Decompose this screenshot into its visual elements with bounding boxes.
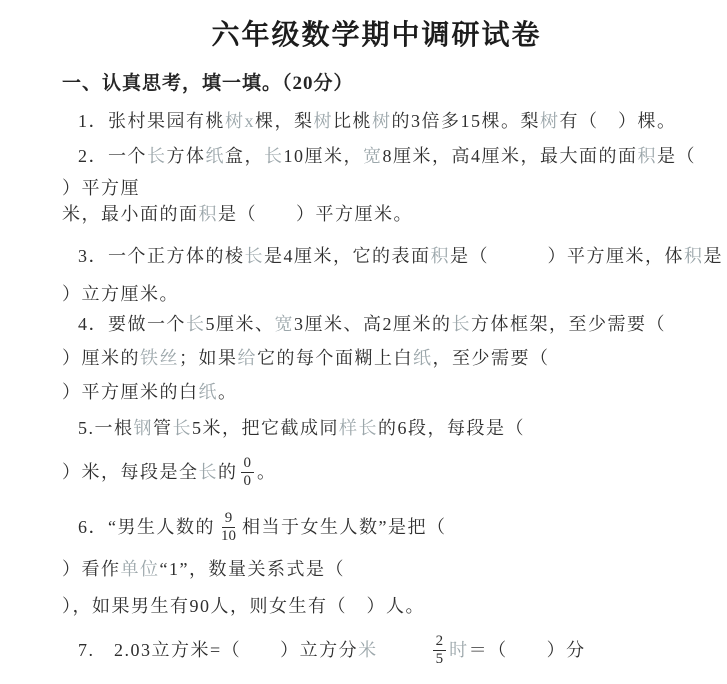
question-line: ）平方厘米的白纸。	[62, 381, 691, 403]
text-segment: 盒，	[225, 146, 264, 166]
text-segment: 树	[225, 111, 245, 131]
text-segment: 宽	[363, 146, 383, 166]
text-segment: 纸	[199, 382, 219, 402]
text-segment: 宽	[275, 314, 295, 334]
text-segment: 单位	[121, 559, 160, 579]
text-segment: 积	[684, 246, 704, 266]
fraction-denominator: 10	[218, 528, 239, 545]
fraction-numerator: 0	[241, 455, 255, 473]
text-segment: ）米，每段是全	[62, 461, 199, 483]
test-paper-page: 六年级数学期中调研试卷 一、认真思考，填一填。（20分） 1．张村果园有桃树x棵…	[0, 0, 727, 684]
text-segment: 米，最小面的面	[62, 204, 199, 224]
text-segment: ）看作	[62, 559, 121, 579]
question-line: 6．“男生人数的910相当于女生人数”是把（	[62, 503, 691, 551]
text-segment: 。	[257, 461, 277, 483]
question-line: 3．一个正方体的棱长是4厘米，它的表面积是（ ）平方厘米，体积是（	[62, 245, 691, 267]
text-segment: 5.一根	[78, 418, 134, 438]
text-segment: 方体	[167, 146, 206, 166]
text-segment: ）平方厘米的白	[62, 382, 199, 402]
text-segment: 米	[358, 639, 378, 661]
text-segment: 长	[359, 418, 379, 438]
question-lines: 1．张村果园有桃树x棵，梨树比桃树的3倍多15棵。梨树有（ ）棵。2．一个长方体…	[62, 110, 691, 674]
text-segment: 8厘米，高4厘米，最大面的面	[383, 146, 638, 166]
text-segment: 是（ ）平方厘米，体	[450, 246, 684, 266]
question-line: 2．一个长方体纸盒，长10厘米，宽8厘米，高4厘米，最大面的面积是（	[62, 145, 691, 167]
text-segment: 比桃	[333, 111, 372, 131]
question-line: ），如果男生有90人，则女生有（ ）人。	[62, 595, 691, 617]
fraction: 25	[433, 633, 447, 668]
text-segment: 它的每个面糊上白	[257, 348, 413, 368]
text-segment: 10厘米，	[284, 146, 364, 166]
question-line: 5.一根钢管长5米，把它截成同样长的6段，每段是（	[62, 417, 691, 439]
fraction: 910	[218, 510, 239, 545]
question-line: 7. 2.03立方米=（ ）立方分米25时＝（ ）分	[62, 626, 691, 674]
text-segment: 的6段，每段是（	[378, 418, 525, 438]
text-segment: 积	[431, 246, 451, 266]
text-segment: 1．张村果园有桃	[78, 111, 225, 131]
text-segment: 铁丝	[140, 348, 179, 368]
question-line: ）看作单位“1”，数量关系式是（	[62, 558, 691, 580]
question-line: ）立方厘米。	[62, 283, 691, 305]
text-segment: 纸	[413, 348, 433, 368]
text-segment: 样	[339, 418, 359, 438]
question-line: 米，最小面的面积是（ ）平方厘米。	[62, 203, 691, 225]
text-segment: 3．一个正方体的棱	[78, 246, 245, 266]
text-segment: 有（ ）棵。	[560, 111, 677, 131]
text-segment: 是4厘米，它的表面	[264, 246, 431, 266]
text-segment: 长	[245, 246, 265, 266]
text-segment: ）平方厘	[62, 178, 140, 198]
text-segment: ＝（ ）分	[469, 639, 586, 661]
text-segment: ）厘米的	[62, 348, 140, 368]
text-segment: 3厘米、高2厘米的	[294, 314, 452, 334]
text-segment: 积	[638, 146, 658, 166]
question-line: 4．要做一个长5厘米、宽3厘米、高2厘米的长方体框架，至少需要（	[62, 313, 691, 335]
text-segment: 4．要做一个	[78, 314, 186, 334]
text-segment: 方体框架，至少需要（	[471, 314, 666, 334]
text-segment: x	[245, 111, 256, 131]
text-segment: 长	[173, 418, 193, 438]
text-segment: ，至少需要（	[433, 348, 550, 368]
text-segment: 是（ ）平方厘米。	[218, 204, 413, 224]
text-segment: 2．一个	[78, 146, 147, 166]
text-segment: 长	[199, 461, 219, 483]
text-segment: 给	[238, 348, 258, 368]
spacer	[378, 650, 430, 651]
text-segment: 相当于女生人数”是把（	[242, 516, 447, 538]
text-segment: 的3倍多15棵。梨	[392, 111, 541, 131]
text-segment: 是（	[657, 146, 696, 166]
text-segment: 长	[452, 314, 472, 334]
text-segment: 树	[314, 111, 334, 131]
fraction-numerator: 9	[222, 510, 236, 528]
text-segment: 管	[153, 418, 173, 438]
page-title: 六年级数学期中调研试卷	[62, 20, 691, 52]
text-segment: 7. 2.03立方米=（ ）立方分	[78, 639, 358, 661]
section-heading: 一、认真思考，填一填。（20分）	[62, 73, 691, 95]
text-segment: 钢	[134, 418, 154, 438]
question-line: ）米，每段是全长的00。	[62, 448, 691, 496]
fraction-numerator: 2	[433, 633, 447, 651]
text-segment: 长	[147, 146, 167, 166]
question-line: 1．张村果园有桃树x棵，梨树比桃树的3倍多15棵。梨树有（ ）棵。	[62, 110, 691, 132]
question-line: ）厘米的铁丝；如果给它的每个面糊上白纸，至少需要（	[62, 347, 691, 369]
text-segment: 长	[186, 314, 206, 334]
text-segment: 树	[372, 111, 392, 131]
fraction-denominator: 0	[241, 473, 255, 490]
text-segment: 积	[199, 204, 219, 224]
fraction-denominator: 5	[433, 651, 447, 668]
text-segment: 6．“男生人数的	[78, 516, 215, 538]
text-segment: “1”，数量关系式是（	[160, 559, 345, 579]
text-segment: 是（	[704, 246, 727, 266]
text-segment: 5厘米、	[206, 314, 275, 334]
fraction: 00	[241, 455, 255, 490]
text-segment: ），如果男生有90人，则女生有（ ）人。	[62, 596, 425, 616]
text-segment: 时	[449, 639, 469, 661]
text-segment: ；如果	[179, 348, 238, 368]
text-segment: 5米，把它截成同	[192, 418, 339, 438]
text-segment: 的	[218, 461, 238, 483]
text-segment: 纸	[206, 146, 226, 166]
question-line: ）平方厘	[62, 177, 691, 199]
text-segment: 树	[540, 111, 560, 131]
text-segment: 。	[218, 382, 238, 402]
text-segment: ）立方厘米。	[62, 284, 179, 304]
text-segment: 棵，梨	[255, 111, 314, 131]
text-segment: 长	[264, 146, 284, 166]
